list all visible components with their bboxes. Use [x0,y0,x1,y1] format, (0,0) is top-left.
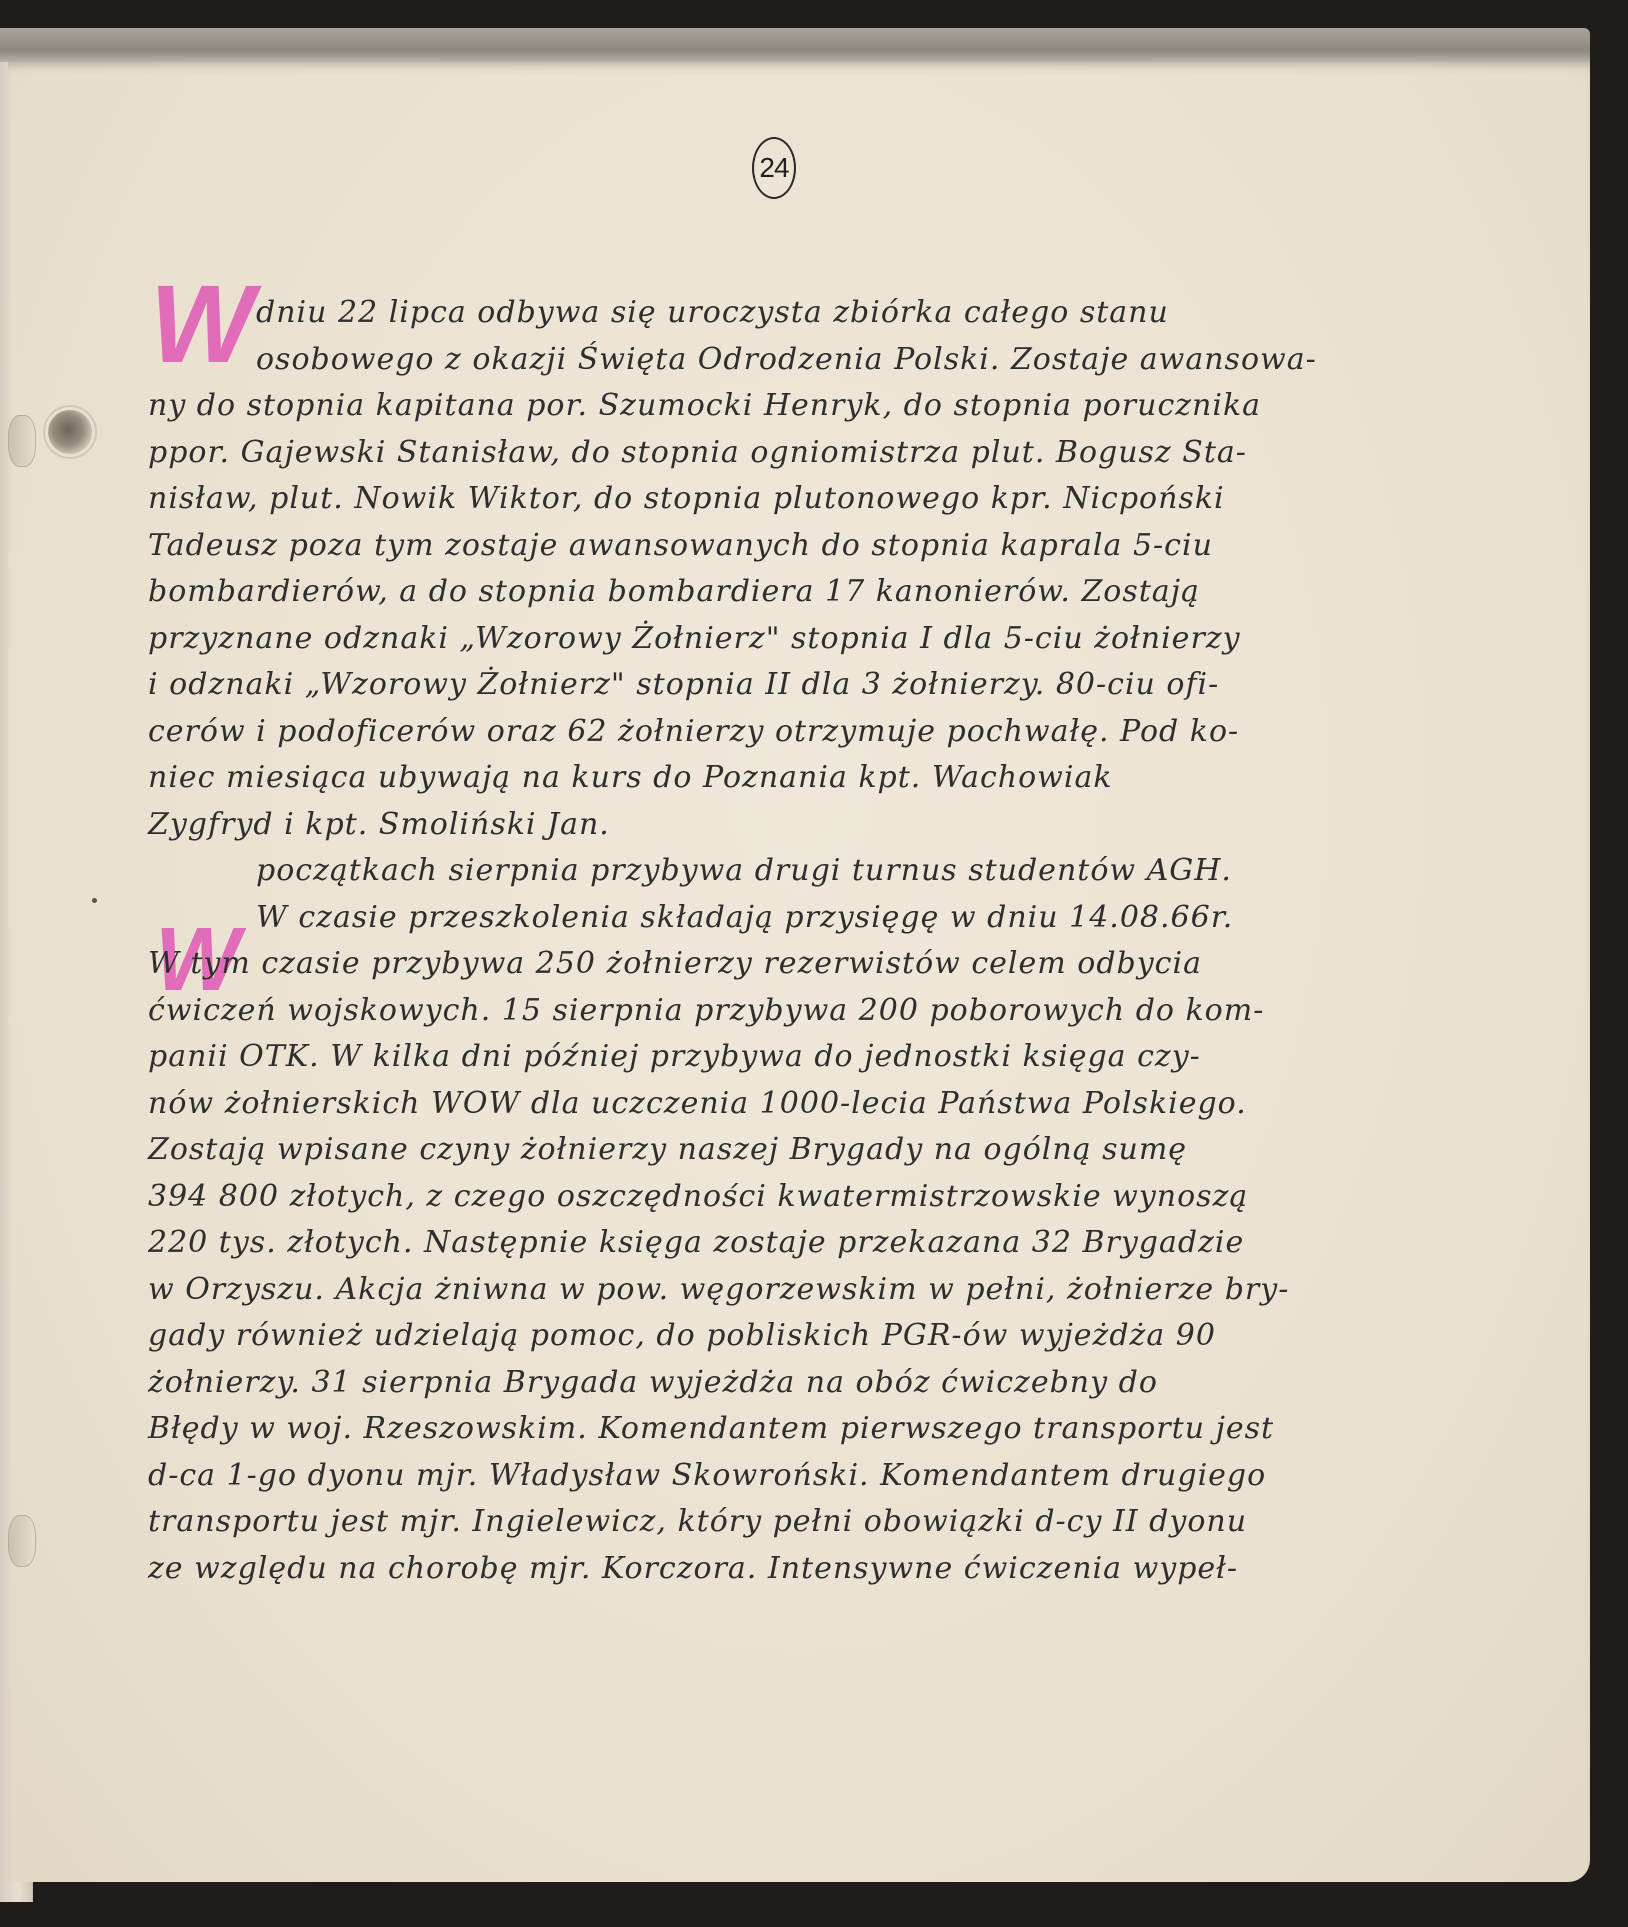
text-line: przyznane odznaki „Wzorowy Żołnierz" sto… [148,616,1418,663]
text-line: nisław, plut. Nowik Wiktor, do stopnia p… [148,476,1418,523]
text-line: Tadeusz poza tym zostaje awansowanych do… [148,523,1418,570]
text-line: żołnierzy. 31 sierpnia Brygada wyjeżdża … [148,1360,1418,1407]
text-line: Zostają wpisane czyny żołnierzy naszej B… [148,1127,1418,1174]
text-line: niec miesiąca ubywają na kurs do Poznani… [148,755,1418,802]
text-line: W tym czasie przybywa 250 żołnierzy reze… [148,941,1418,988]
text-line: osobowego z okazji Święta Odrodzenia Pol… [148,337,1418,384]
page-number: 24 [752,137,796,199]
text-line: gady również udzielają pomoc, do poblisk… [148,1313,1418,1360]
text-line: Błędy w woj. Rzeszowskim. Komendantem pi… [148,1406,1418,1453]
text-line: d-ca 1-go dyonu mjr. Władysław Skowrońsk… [148,1453,1418,1500]
binding-hole-stub [8,1515,36,1567]
text-line: nów żołnierskich WOW dla uczczenia 1000-… [148,1081,1418,1128]
text-line: cerów i podoficerów oraz 62 żołnierzy ot… [148,709,1418,756]
handwritten-text: dniu 22 lipca odbywa się uroczysta zbiór… [148,290,1418,1592]
ink-dot [92,898,97,903]
text-line: i odznaki „Wzorowy Żołnierz" stopnia II … [148,662,1418,709]
binding-hole [48,410,92,454]
text-line: początkach sierpnia przybywa drugi turnu… [148,848,1418,895]
page-number-text: 24 [759,152,788,184]
text-line: dniu 22 lipca odbywa się uroczysta zbiór… [148,290,1418,337]
text-line: w Orzyszu. Akcja żniwna w pow. węgorzews… [148,1267,1418,1314]
text-line: ppor. Gajewski Stanisław, do stopnia ogn… [148,430,1418,477]
text-line: ny do stopnia kapitana por. Szumocki Hen… [148,383,1418,430]
text-line: panii OTK. W kilka dni później przybywa … [148,1034,1418,1081]
text-line: Zygfryd i kpt. Smoliński Jan. [148,802,1418,849]
text-line: 220 tys. złotych. Następnie księga zosta… [148,1220,1418,1267]
binding-hole-stub [8,415,36,467]
paragraph-1: dniu 22 lipca odbywa się uroczysta zbiór… [148,290,1418,848]
text-line: 394 800 złotych, z czego oszczędności kw… [148,1174,1418,1221]
text-line: ze względu na chorobę mjr. Korczora. Int… [148,1546,1418,1593]
text-line: bombardierów, a do stopnia bombardiera 1… [148,569,1418,616]
text-line: W czasie przeszkolenia składają przysięg… [148,895,1418,942]
text-line: transportu jest mjr. Ingielewicz, który … [148,1499,1418,1546]
text-line: ćwiczeń wojskowych. 15 sierpnia przybywa… [148,988,1418,1035]
paragraph-2: początkach sierpnia przybywa drugi turnu… [148,848,1418,1592]
